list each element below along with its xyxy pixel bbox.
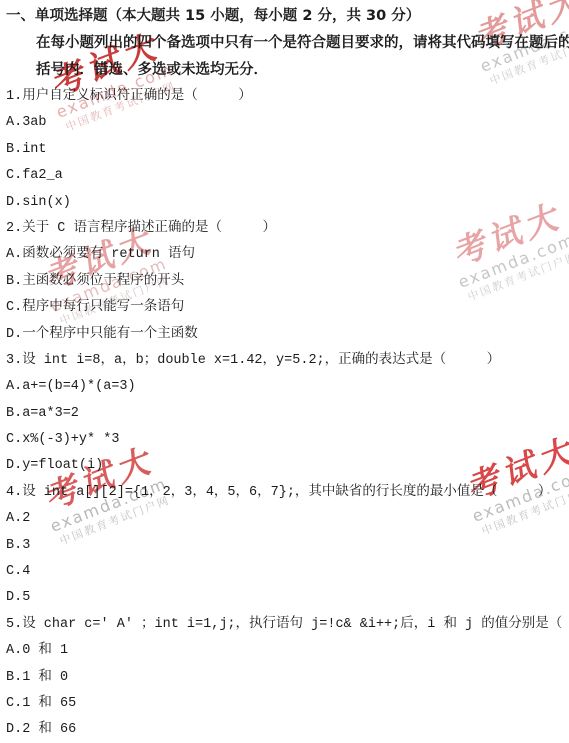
option-d: D.y=float(i) — [6, 453, 569, 479]
question-5: 5.设 char c=' A' ；int i=1,j;，执行语句 j=!c& &… — [6, 612, 569, 743]
question-stem: 3.设 int i=8，a，b；double x=1.42，y=5.2;，正确的… — [6, 348, 569, 374]
option-c: C.4 — [6, 559, 569, 585]
option-c: C.程序中每行只能写一条语句 — [6, 295, 569, 321]
option-c: C.1 和 65 — [6, 691, 569, 717]
option-a: A.2 — [6, 506, 569, 532]
question-4: 4.设 int a[][2]={1，2，3，4，5，6，7};，其中缺省的行长度… — [6, 480, 569, 612]
option-a: A.3ab — [6, 110, 569, 136]
option-c: C.x%(-3)+y* *3 — [6, 427, 569, 453]
option-c: C.fa2_a — [6, 163, 569, 189]
question-stem: 1.用户自定义标识符正确的是（ ） — [6, 84, 569, 110]
section-instruction-1: 在每小题列出的四个备选项中只有一个是符合题目要求的，请将其代码填写在题后的 — [6, 30, 569, 57]
option-d: D.5 — [6, 585, 569, 611]
section-instruction-2: 括号内．错选、多选或未选均无分． — [6, 57, 569, 84]
exam-content: 一、单项选择题（本大题共 15 小题，每小题 2 分，共 30 分） 在每小题列… — [0, 0, 569, 743]
option-a: A.函数必须要有 return 语句 — [6, 242, 569, 268]
option-b: B.1 和 0 — [6, 665, 569, 691]
option-a: A.0 和 1 — [6, 638, 569, 664]
question-3: 3.设 int i=8，a，b；double x=1.42，y=5.2;，正确的… — [6, 348, 569, 480]
question-1: 1.用户自定义标识符正确的是（ ） A.3ab B.int C.fa2_a D.… — [6, 84, 569, 216]
question-stem: 4.设 int a[][2]={1，2，3，4，5，6，7};，其中缺省的行长度… — [6, 480, 569, 506]
section-title: 一、单项选择题（本大题共 15 小题，每小题 2 分，共 30 分） — [6, 3, 569, 30]
option-b: B.主函数必须位于程序的开头 — [6, 269, 569, 295]
option-d: D.sin(x) — [6, 190, 569, 216]
option-a: A.a+=(b=4)*(a=3) — [6, 374, 569, 400]
option-b: B.3 — [6, 533, 569, 559]
question-2: 2.关于 C 语言程序描述正确的是（ ） A.函数必须要有 return 语句 … — [6, 216, 569, 348]
exam-page: 考试大 examda.com 中国教育考试门户网 考试大 examda.com … — [0, 0, 569, 743]
option-d: D.一个程序中只能有一个主函数 — [6, 322, 569, 348]
option-b: B.int — [6, 137, 569, 163]
question-stem: 2.关于 C 语言程序描述正确的是（ ） — [6, 216, 569, 242]
option-d: D.2 和 66 — [6, 717, 569, 743]
question-stem: 5.设 char c=' A' ；int i=1,j;，执行语句 j=!c& &… — [6, 612, 569, 638]
option-b: B.a=a*3=2 — [6, 401, 569, 427]
